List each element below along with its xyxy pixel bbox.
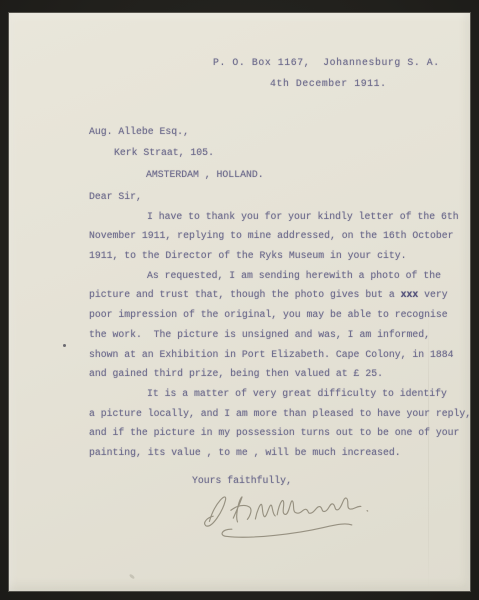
- sender-address: P. O. Box 1167, Johannesburg S. A.: [213, 53, 440, 73]
- letter-date: 4th December 1911.: [270, 74, 387, 94]
- body-line: and gained third prize, being then value…: [89, 364, 474, 384]
- recipient-street: Kerk Straat, 105.: [89, 142, 264, 163]
- body-line: picture and trust that, though the photo…: [89, 285, 474, 305]
- body-line: shown at an Exhibition in Port Elizabeth…: [89, 345, 474, 365]
- salutation: Dear Sir,: [89, 187, 474, 207]
- body-line: a picture locally, and I am more than pl…: [89, 404, 474, 424]
- ink-speck: [63, 344, 66, 347]
- recipient-name: Aug. Allebe Esq.,: [89, 121, 264, 142]
- body-line-segment: picture and trust that, though the photo…: [89, 289, 401, 300]
- recipient-address-block: Aug. Allebe Esq., Kerk Straat, 105. AMST…: [89, 121, 264, 185]
- recipient-city: AMSTERDAM , HOLLAND.: [89, 164, 264, 185]
- body-line: I have to thank you for your kindly lett…: [89, 207, 474, 227]
- body-line: It is a matter of very great difficulty …: [89, 384, 474, 404]
- handwritten-signature: [193, 474, 392, 548]
- letter-body: Dear Sir, I have to thank you for your k…: [89, 187, 474, 463]
- body-line: and if the picture in my possession turn…: [89, 423, 474, 443]
- body-line: November 1911, replying to mine addresse…: [89, 226, 474, 246]
- body-line-segment: very: [418, 289, 447, 300]
- letter-paper: P. O. Box 1167, Johannesburg S. A. 4th D…: [9, 13, 470, 591]
- pencil-smudge: [129, 573, 136, 579]
- typed-strikeout: xxx: [401, 289, 419, 300]
- body-line: As requested, I am sending herewith a ph…: [89, 266, 474, 286]
- signature-ink-strokes: [193, 474, 392, 548]
- body-line: poor impression of the original, you may…: [89, 305, 474, 325]
- body-line: 1911, to the Director of the Ryks Museum…: [89, 246, 474, 266]
- scanned-letter-photo: P. O. Box 1167, Johannesburg S. A. 4th D…: [0, 0, 479, 600]
- body-line: the work. The picture is unsigned and wa…: [89, 325, 474, 345]
- body-line: painting, its value , to me , will be mu…: [89, 443, 474, 463]
